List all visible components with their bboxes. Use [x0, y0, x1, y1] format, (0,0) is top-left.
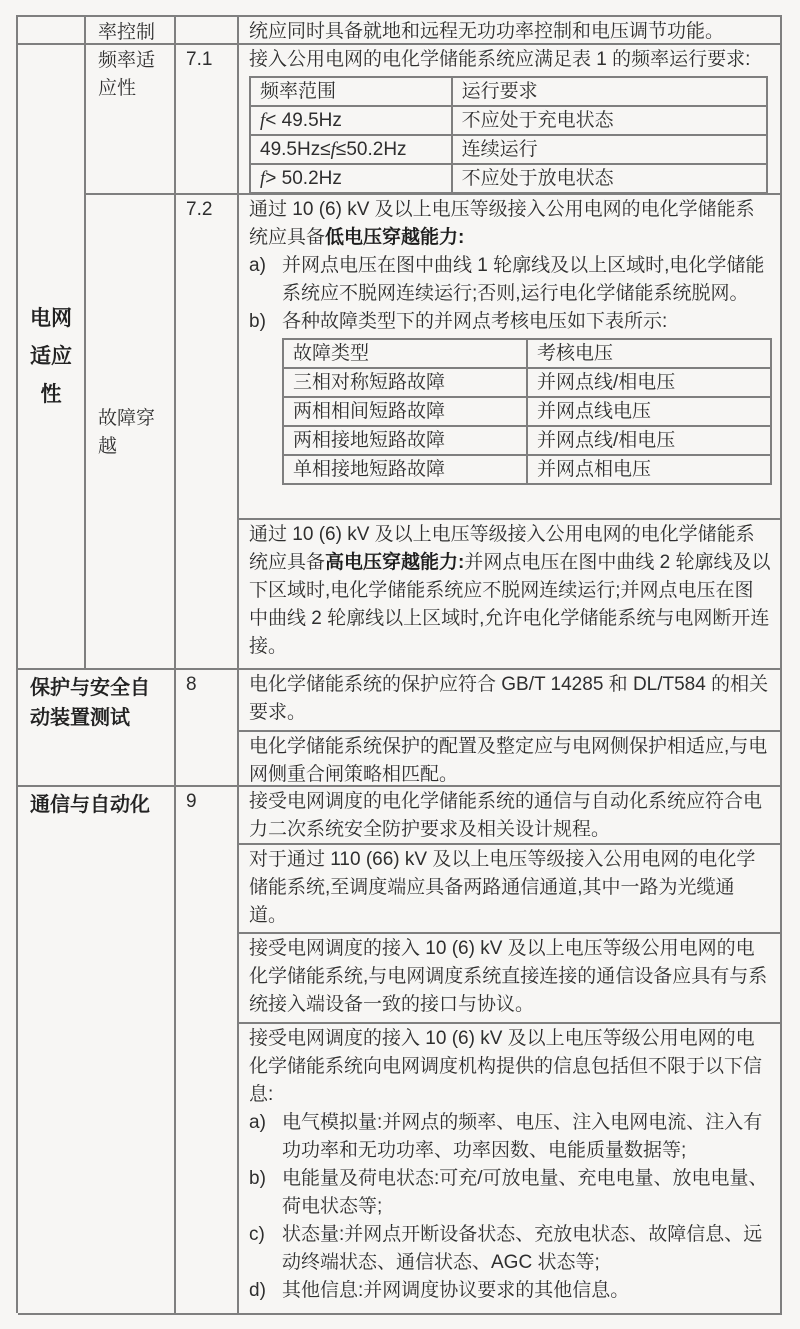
cell-frequency-range: f> 50.2Hz — [250, 164, 452, 193]
cell-assessed-voltage: 并网点线电压 — [527, 397, 771, 426]
cell-fault-type: 三相对称短路故障 — [283, 368, 527, 397]
list-item: a) 并网点电压在图中曲线 1 轮廓线及以上区域时,电化学储能系统应不脱网连续运… — [249, 252, 772, 308]
table-row: 两相相间短路故障 并网点线电压 — [283, 397, 771, 426]
cell-fault-type: 两相相间短路故障 — [283, 397, 527, 426]
col-header-fault-type: 故障类型 — [283, 339, 527, 368]
cell-frequency-range: f< 49.5Hz — [250, 106, 452, 135]
communication-paragraph: 接受电网调度的接入 10 (6) kV 及以上电压等级公用电网的电化学储能系统向… — [249, 1025, 772, 1109]
clause-number-8: 8 — [176, 670, 239, 787]
table-row: f< 49.5Hz 不应处于充电状态 — [250, 106, 767, 135]
requirement-text: 统应同时具备就地和远程无功功率控制和电压调节功能。 — [249, 21, 724, 42]
subitem-label: 频率适应性 — [98, 47, 158, 103]
clause-number-9: 9 — [176, 787, 239, 1315]
category-protection-safety: 保护与安全自动装置测试 — [18, 670, 176, 787]
communication-paragraph: 接受电网调度的接入 10 (6) kV 及以上电压等级公用电网的电化学储能系统,… — [239, 934, 780, 1024]
cell-fault-type: 单相接地短路故障 — [283, 455, 527, 484]
cell-fault-type: 两相接地短路故障 — [283, 426, 527, 455]
cell-operation-requirement: 连续运行 — [452, 135, 767, 164]
frequency-table: 频率范围 运行要求 f< 49.5Hz 不应处于充电状态 49.5Hz≤f≤50… — [249, 76, 768, 194]
cell-operation-requirement: 不应处于放电状态 — [452, 164, 767, 193]
lvrt-intro: 通过 10 (6) kV 及以上电压等级接入公用电网的电化学储能系统应具备低电压… — [249, 196, 772, 252]
col-header-frequency-range: 频率范围 — [250, 77, 452, 106]
list-item: b) 电能量及荷电状态:可充/可放电量、充电电量、放电电量、荷电状态等; — [249, 1165, 772, 1221]
lvrt-subcell: 通过 10 (6) kV 及以上电压等级接入公用电网的电化学储能系统应具备低电压… — [239, 195, 780, 520]
subitem-power-control: 率控制 — [86, 17, 176, 45]
category-cell-empty — [18, 17, 86, 45]
list-item: a) 电气模拟量:并网点的频率、电压、注入电网电流、注入有功功率和无功功率、功率… — [249, 1109, 772, 1165]
table-row: 两相接地短路故障 并网点线/相电压 — [283, 426, 771, 455]
clause-cell-empty — [176, 17, 239, 45]
protection-paragraph: 电化学储能系统的保护应符合 GB/T 14285 和 DL/T584 的相关要求… — [239, 670, 780, 732]
category-communication-automation: 通信与自动化 — [18, 787, 176, 1315]
list-item: d) 其他信息:并网调度协议要求的其他信息。 — [249, 1277, 772, 1305]
requirements-table: 率控制 统应同时具备就地和远程无功功率控制和电压调节功能。 电网适应性 频率适应… — [16, 15, 782, 1313]
communication-paragraph: 对于通过 110 (66) kV 及以上电压等级接入公用电网的电化学储能系统,至… — [239, 845, 780, 934]
requirement-communication: 接受电网调度的电化学储能系统的通信与自动化系统应符合电力二次系统安全防护要求及相… — [239, 787, 782, 1315]
list-item: b) 各种故障类型下的并网点考核电压如下表所示: — [249, 308, 772, 336]
subitem-fault-ride-through: 故障穿越 — [86, 195, 176, 670]
protection-paragraph: 电化学储能系统保护的配置及整定应与电网侧保护相适应,与电网侧重合闸策略相匹配。 — [239, 732, 780, 785]
category-label: 电网适应性 — [27, 300, 75, 414]
category-grid-adaptability: 电网适应性 — [18, 45, 86, 670]
subitem-label: 率控制 — [98, 22, 155, 43]
requirement-protection: 电化学储能系统的保护应符合 GB/T 14285 和 DL/T584 的相关要求… — [239, 670, 782, 787]
clause-number-7-2: 7.2 — [176, 195, 239, 670]
cell-operation-requirement: 不应处于充电状态 — [452, 106, 767, 135]
cell-assessed-voltage: 并网点线/相电压 — [527, 368, 771, 397]
clause-number-7-1: 7.1 — [176, 45, 239, 195]
table-row: 单相接地短路故障 并网点相电压 — [283, 455, 771, 484]
fault-voltage-table: 故障类型 考核电压 三相对称短路故障 并网点线/相电压 两相相间短路故障 并网点… — [282, 338, 772, 485]
subitem-frequency-adaptability: 频率适应性 — [86, 45, 176, 195]
table-row: f> 50.2Hz 不应处于放电状态 — [250, 164, 767, 193]
communication-info-subcell: 接受电网调度的接入 10 (6) kV 及以上电压等级公用电网的电化学储能系统向… — [239, 1024, 780, 1313]
cell-assessed-voltage: 并网点相电压 — [527, 455, 771, 484]
subitem-label: 故障穿越 — [98, 405, 158, 461]
requirement-frequency: 接入公用电网的电化学储能系统应满足表 1 的频率运行要求: 频率范围 运行要求 … — [239, 45, 782, 195]
list-item: c) 状态量:并网点开断设备状态、充放电状态、故障信息、远动终端状态、通信状态、… — [249, 1221, 772, 1277]
scanned-standard-page: 率控制 统应同时具备就地和远程无功功率控制和电压调节功能。 电网适应性 频率适应… — [0, 0, 800, 1329]
requirement-fault-ride-through: 通过 10 (6) kV 及以上电压等级接入公用电网的电化学储能系统应具备低电压… — [239, 195, 782, 670]
table-row: 故障类型 考核电压 — [283, 339, 771, 368]
table-row: 三相对称短路故障 并网点线/相电压 — [283, 368, 771, 397]
hvrt-subcell: 通过 10 (6) kV 及以上电压等级接入公用电网的电化学储能系统应具备高电压… — [239, 520, 780, 668]
requirement-power-control: 统应同时具备就地和远程无功功率控制和电压调节功能。 — [239, 17, 782, 45]
table-row: 频率范围 运行要求 — [250, 77, 767, 106]
frequency-intro: 接入公用电网的电化学储能系统应满足表 1 的频率运行要求: — [249, 46, 772, 74]
col-header-assessed-voltage: 考核电压 — [527, 339, 771, 368]
communication-paragraph: 接受电网调度的电化学储能系统的通信与自动化系统应符合电力二次系统安全防护要求及相… — [239, 787, 780, 845]
col-header-operation-requirement: 运行要求 — [452, 77, 767, 106]
table-row: 49.5Hz≤f≤50.2Hz 连续运行 — [250, 135, 767, 164]
cell-assessed-voltage: 并网点线/相电压 — [527, 426, 771, 455]
cell-frequency-range: 49.5Hz≤f≤50.2Hz — [250, 135, 452, 164]
